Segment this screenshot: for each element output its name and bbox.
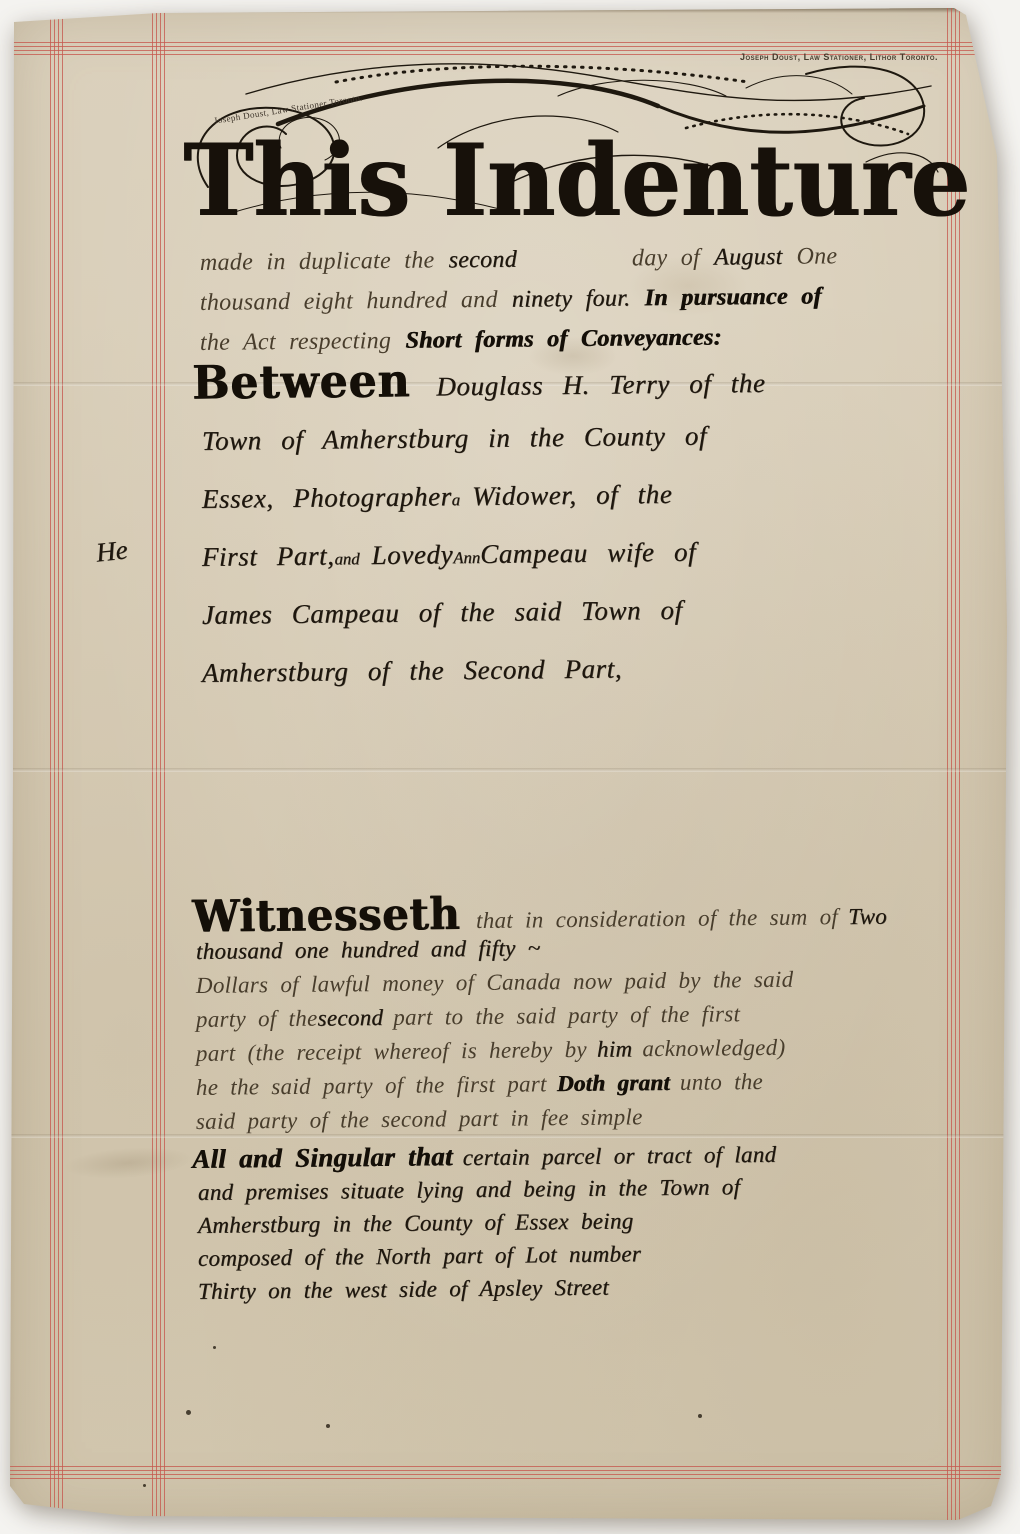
printed-text: thousand eight hundred and [200, 287, 498, 317]
handwritten-line: Campeau wife of [480, 537, 696, 570]
printed-text: unto the [680, 1069, 763, 1096]
singular-heading: All and Singular that [192, 1141, 453, 1175]
document-page: Joseph Doust, Law Stationer, Lithor Toro… [0, 0, 1020, 1534]
fill-month: August [714, 244, 783, 272]
ink-speck [326, 1424, 330, 1428]
inserted-word: and [334, 549, 359, 569]
handwritten-line: James Campeau of the said Town of [202, 595, 683, 631]
handwritten-line: First Part, [202, 541, 335, 573]
ink-speck [698, 1414, 702, 1418]
party-first-name: Douglass H. Terry of the [436, 368, 765, 402]
handwritten-line: and premises situate lying and being in … [198, 1174, 741, 1206]
witnesseth-heading: Witnesseth [192, 888, 461, 942]
printed-text: he the said party of the first part [196, 1071, 547, 1101]
handwritten-line: Town of Amherstburg in the County of [202, 421, 707, 457]
ink-speck [213, 1346, 216, 1349]
ink-show-through [62, 1144, 194, 1183]
printed-bold-phrase: In pursuance of [644, 283, 821, 312]
witnesseth-clause: Witnesseth that in consideration of the … [192, 892, 940, 1143]
printed-text: said party of the second part in fee sim… [196, 1104, 643, 1135]
printed-text: part to the said party of the first [393, 1001, 740, 1031]
ink-speck [186, 1410, 191, 1415]
fill-year: ninety four. [512, 285, 631, 313]
between-clause: Between Douglass H. Terry of the Town of… [192, 358, 932, 716]
handwritten-line: Amherstburg in the County of Essex being [198, 1208, 634, 1239]
handwritten-line: composed of the North part of Lot number [198, 1241, 641, 1272]
margin-note: He [94, 534, 129, 568]
printed-text: that in consideration of the sum of [476, 904, 838, 934]
handwritten-line: Thirty on the west side of Apsley Street [198, 1275, 609, 1305]
printed-text: made in duplicate the [200, 248, 435, 277]
ink-speck [143, 1484, 146, 1487]
handwritten-line: Amherstburg of the Second Part, [202, 653, 623, 688]
printed-text: Dollars of lawful money of Canada now pa… [196, 967, 794, 999]
handwritten-line: Essex, Photographer [202, 481, 452, 515]
paper-top-edge [128, 8, 964, 13]
printed-text: party of the [196, 1006, 318, 1033]
fill-day: second [448, 247, 517, 275]
printed-bold-phrase: Doth grant [557, 1070, 670, 1097]
paper-sheet: Joseph Doust, Law Stationer, Lithor Toro… [8, 6, 1012, 1526]
inserted-word: second [317, 1005, 383, 1032]
printed-text: One [796, 243, 837, 270]
inserted-word: him [597, 1036, 633, 1062]
between-heading: Between [192, 354, 411, 410]
printed-text: the Act respecting [200, 328, 392, 357]
printed-text: day of [632, 245, 700, 273]
inserted-word: Ann [453, 548, 480, 568]
printed-bold-phrase: Short forms of Conveyances: [405, 325, 722, 355]
foot-rule-bottom [8, 1466, 1012, 1479]
habendum-clause: All and Singular that certain parcel or … [192, 1144, 952, 1312]
party-second-name: Lovedy [371, 539, 453, 571]
document-title: This Indenture [183, 131, 963, 231]
inserted-word: a [452, 490, 461, 510]
handwritten-line: Widower, of the [472, 479, 673, 512]
printed-text: part (the receipt whereof is hereby by [196, 1037, 587, 1067]
margin-rule-left-outer [50, 6, 63, 1526]
printed-text: acknowledged) [642, 1035, 785, 1062]
fill-amount: Two [848, 904, 887, 930]
fold-crease-middle [8, 768, 1012, 772]
margin-rule-left-inner [152, 6, 165, 1526]
fill-amount: thousand one hundred and fifty ~ [196, 935, 541, 965]
handwritten-line: certain parcel or tract of land [462, 1142, 776, 1171]
